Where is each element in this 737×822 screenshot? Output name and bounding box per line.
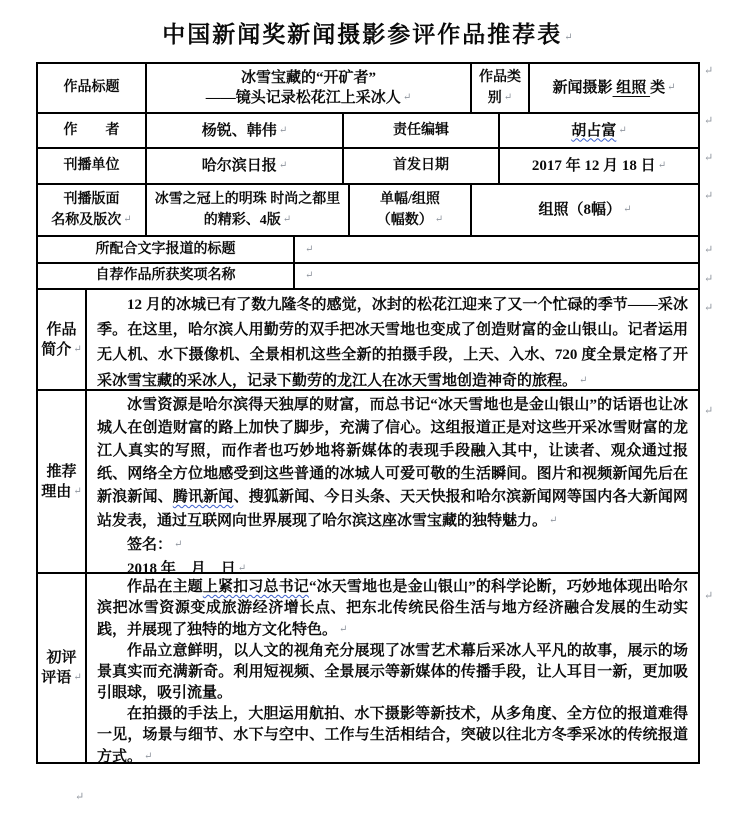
text-report-value-cell[interactable]: ↵: [295, 237, 698, 262]
row-publisher: 刊播单位 哈尔滨日报↵ 首发日期 2017 年 12 月 18 日↵: [38, 149, 698, 185]
row-layout: 刊播版面 名称及版次↵ 冰雪之冠上的明珠 时尚之都里的精彩、4版↵ 单幅/组照 …: [38, 185, 698, 237]
row-award: 自荐作品所获奖项名称 ↵: [38, 264, 698, 290]
paragraph-mark: ↵: [403, 92, 411, 103]
paragraph-mark: ↵: [704, 591, 713, 602]
work-title-line1: 冰雪宝藏的“开矿者”: [241, 68, 376, 88]
recommendation-date: 2018 年 月 日: [127, 561, 236, 572]
paragraph-mark: ↵: [339, 624, 347, 635]
paragraph-mark: ↵: [704, 245, 713, 256]
editor-name: 胡占富: [571, 123, 616, 139]
paragraph-mark: ↵: [73, 486, 81, 497]
document-page: 中国新闻奖新闻摄影参评作品推荐表↵ 作品标题 冰雪宝藏的“开矿者” ——镜头记录…: [0, 0, 737, 822]
recommendation-sign-line[interactable]: 签名：↵: [97, 533, 688, 557]
review-paragraph-2: 作品立意鲜明，以人文的视角充分展现了冰雪艺术幕后采冰人平凡的故事，展示的场景真实…: [97, 641, 688, 704]
review-text-cell: 作品在主题上紧扣习总书记“冰天雪地也是金山银山”的科学论断，巧妙地体现出哈尔滨把…: [87, 574, 698, 762]
paragraph-mark: ↵: [283, 214, 291, 225]
category-value-cell: 新闻摄影 组照 类↵: [530, 64, 698, 112]
paragraph-mark: ↵: [238, 563, 246, 572]
editor-value-cell: 胡占富↵: [500, 114, 698, 147]
paragraph-mark: ↵: [618, 125, 626, 136]
award-label-cell: 自荐作品所获奖项名称: [38, 264, 295, 288]
paragraph-mark: ↵: [435, 214, 443, 225]
review-label-line2: 评语: [41, 670, 71, 686]
review-label-line1: 初评: [46, 648, 76, 668]
summary-label-cell: 作品 简介↵: [38, 290, 87, 389]
first-publish-date: 2017 年 12 月 18 日: [532, 158, 656, 174]
publisher-name: 哈尔滨日报: [202, 158, 277, 174]
text-report-label: 所配合文字报道的标题: [96, 240, 236, 260]
first-publish-date-label: 首发日期: [393, 156, 449, 176]
count-value: 组照（8幅）: [539, 202, 622, 218]
editor-label-cell: 责任编辑: [344, 114, 500, 147]
author-value-cell: 杨锐、韩伟↵: [147, 114, 344, 147]
summary-text-cell: 12 月的冰城已有了数九隆冬的感觉，冰封的松花江迎来了又一个忙碌的季节——采冰季…: [87, 290, 698, 389]
category-label-line2: 别: [488, 91, 502, 106]
paragraph-mark: ↵: [564, 32, 574, 43]
paragraph-mark: ↵: [704, 406, 713, 417]
paragraph-mark: ↵: [144, 751, 152, 762]
layout-value: 冰雪之冠上的明珠 时尚之都里的精彩、4版: [155, 192, 341, 228]
award-value-cell[interactable]: ↵: [295, 264, 698, 288]
layout-label-line2: 名称及版次: [51, 213, 121, 228]
category-label-cell: 作品类 别↵: [472, 64, 530, 112]
paragraph-mark: ↵: [504, 92, 512, 103]
publisher-label-cell: 刊播单位: [38, 149, 147, 183]
first-publish-date-cell: 2017 年 12 月 18 日↵: [500, 149, 698, 183]
first-publish-date-label-cell: 首发日期: [344, 149, 500, 183]
row-summary: 作品 简介↵ 12 月的冰城已有了数九隆冬的感觉，冰封的松花江迎来了又一个忙碌的…: [38, 290, 698, 391]
recommendation-sign-label: 签名：: [127, 537, 172, 553]
count-value-cell: 组照（8幅）↵: [472, 185, 698, 235]
row-review: 初评 评语↵ 作品在主题上紧扣习总书记“冰天雪地也是金山银山”的科学论断，巧妙地…: [38, 574, 698, 762]
count-label-line1: 单幅/组照: [380, 190, 440, 210]
recommendation-form-table: 作品标题 冰雪宝藏的“开矿者” ——镜头记录松花江上采冰人↵ 作品类 别↵ 新闻…: [36, 62, 700, 764]
layout-label-line1: 刊播版面: [64, 190, 120, 210]
row-recommendation: 推荐 理由↵ 冰雪资源是哈尔滨得天独厚的财富，而总书记“冰天雪地也是金山银山”的…: [38, 391, 698, 574]
authors: 杨锐、韩伟: [202, 123, 277, 139]
paragraph-mark: ↵: [704, 191, 713, 202]
paragraph-mark: ↵: [549, 515, 557, 526]
paragraph-mark: ↵: [123, 214, 131, 225]
recommendation-label-line2: 理由: [41, 484, 71, 500]
category-label-line1: 作品类: [479, 68, 521, 88]
paragraph-mark: ↵: [305, 240, 313, 260]
review-paragraph-1: 作品在主题上紧扣习总书记“冰天雪地也是金山银山”的科学论断，巧妙地体现出哈尔滨把…: [97, 577, 688, 641]
summary-text: 12 月的冰城已有了数九隆冬的感觉，冰封的松花江迎来了又一个忙碌的季节——采冰季…: [97, 297, 688, 389]
count-label-cell: 单幅/组照 （幅数）↵: [350, 185, 472, 235]
paragraph-mark: ↵: [279, 160, 287, 171]
paragraph-mark: ↵: [704, 66, 713, 77]
paragraph-mark: ↵: [279, 125, 287, 136]
recommendation-label-cell: 推荐 理由↵: [38, 391, 87, 572]
review-paragraph-3: 在拍摄的手法上，大胆运用航拍、水下摄影等新技术，从多角度、全方位的报道难得一见，…: [97, 704, 688, 762]
review-p1-before: 作品在主题: [127, 579, 203, 595]
category-suffix: 类: [650, 80, 665, 96]
publisher-label: 刊播单位: [64, 156, 120, 176]
title-value-cell: 冰雪宝藏的“开矿者” ——镜头记录松花江上采冰人↵: [147, 64, 472, 112]
count-label-line2: （幅数）: [377, 213, 433, 228]
paragraph-mark: ↵: [75, 792, 84, 803]
award-label: 自荐作品所获奖项名称: [96, 266, 236, 286]
paragraph-mark: ↵: [667, 82, 675, 93]
review-p1-wavy-text: 上紧扣习总书记: [203, 579, 309, 595]
title-label-cell: 作品标题: [38, 64, 147, 112]
paragraph-mark: ↵: [658, 160, 666, 171]
paragraph-mark: ↵: [579, 375, 587, 386]
row-author: 作 者 杨锐、韩伟↵ 责任编辑 胡占富↵: [38, 114, 698, 149]
row-title: 作品标题 冰雪宝藏的“开矿者” ——镜头记录松花江上采冰人↵ 作品类 别↵ 新闻…: [38, 64, 698, 114]
row-text-report: 所配合文字报道的标题 ↵: [38, 237, 698, 264]
recommendation-label-line1: 推荐: [46, 462, 76, 482]
paragraph-mark: ↵: [73, 672, 81, 683]
recommendation-paragraph: 冰雪资源是哈尔滨得天独厚的财富，而总书记“冰天雪地也是金山银山”的话语也让冰城人…: [97, 394, 688, 533]
publisher-value-cell: 哈尔滨日报↵: [147, 149, 344, 183]
paragraph-mark: ↵: [704, 153, 713, 164]
author-label: 作 者: [64, 121, 120, 141]
paragraph-mark: ↵: [623, 204, 631, 215]
title-label: 作品标题: [64, 78, 120, 98]
paragraph-mark: ↵: [174, 539, 182, 550]
paragraph-mark: ↵: [73, 344, 81, 355]
work-title-line2: ——镜头记录松花江上采冰人: [206, 90, 401, 106]
summary-label-line1: 作品: [46, 320, 76, 340]
review-p2-text: 作品立意鲜明，以人文的视角充分展现了冰雪艺术幕后采冰人平凡的故事，展示的场景真实…: [97, 643, 688, 701]
recommendation-text-cell: 冰雪资源是哈尔滨得天独厚的财富，而总书记“冰天雪地也是金山银山”的话语也让冰城人…: [87, 391, 698, 572]
summary-label-line2: 简介: [41, 342, 71, 358]
page-title: 中国新闻奖新闻摄影参评作品推荐表↵: [0, 16, 737, 49]
review-label-cell: 初评 评语↵: [38, 574, 87, 762]
layout-value-cell: 冰雪之冠上的明珠 时尚之都里的精彩、4版↵: [147, 185, 350, 235]
review-p3-text: 在拍摄的手法上，大胆运用航拍、水下摄影等新技术，从多角度、全方位的报道难得一见，…: [97, 706, 688, 762]
paragraph-mark: ↵: [704, 116, 713, 127]
category-prefix: 新闻摄影: [553, 80, 613, 96]
paragraph-mark: ↵: [704, 274, 713, 285]
summary-paragraph: 12 月的冰城已有了数九隆冬的感觉，冰封的松花江迎来了又一个忙碌的季节——采冰季…: [97, 293, 688, 389]
recommendation-date-line[interactable]: 2018 年 月 日↵: [97, 557, 688, 572]
page-title-text: 中国新闻奖新闻摄影参评作品推荐表: [162, 22, 562, 47]
editor-label: 责任编辑: [393, 121, 449, 141]
paragraph-mark: ↵: [704, 303, 713, 314]
text-report-label-cell: 所配合文字报道的标题: [38, 237, 295, 262]
layout-label-cell: 刊播版面 名称及版次↵: [38, 185, 147, 235]
recommendation-wavy-text: 腾讯新闻: [173, 489, 234, 505]
paragraph-mark: ↵: [305, 266, 313, 286]
author-label-cell: 作 者: [38, 114, 147, 147]
category-blank-underlined: 组照: [613, 80, 651, 96]
